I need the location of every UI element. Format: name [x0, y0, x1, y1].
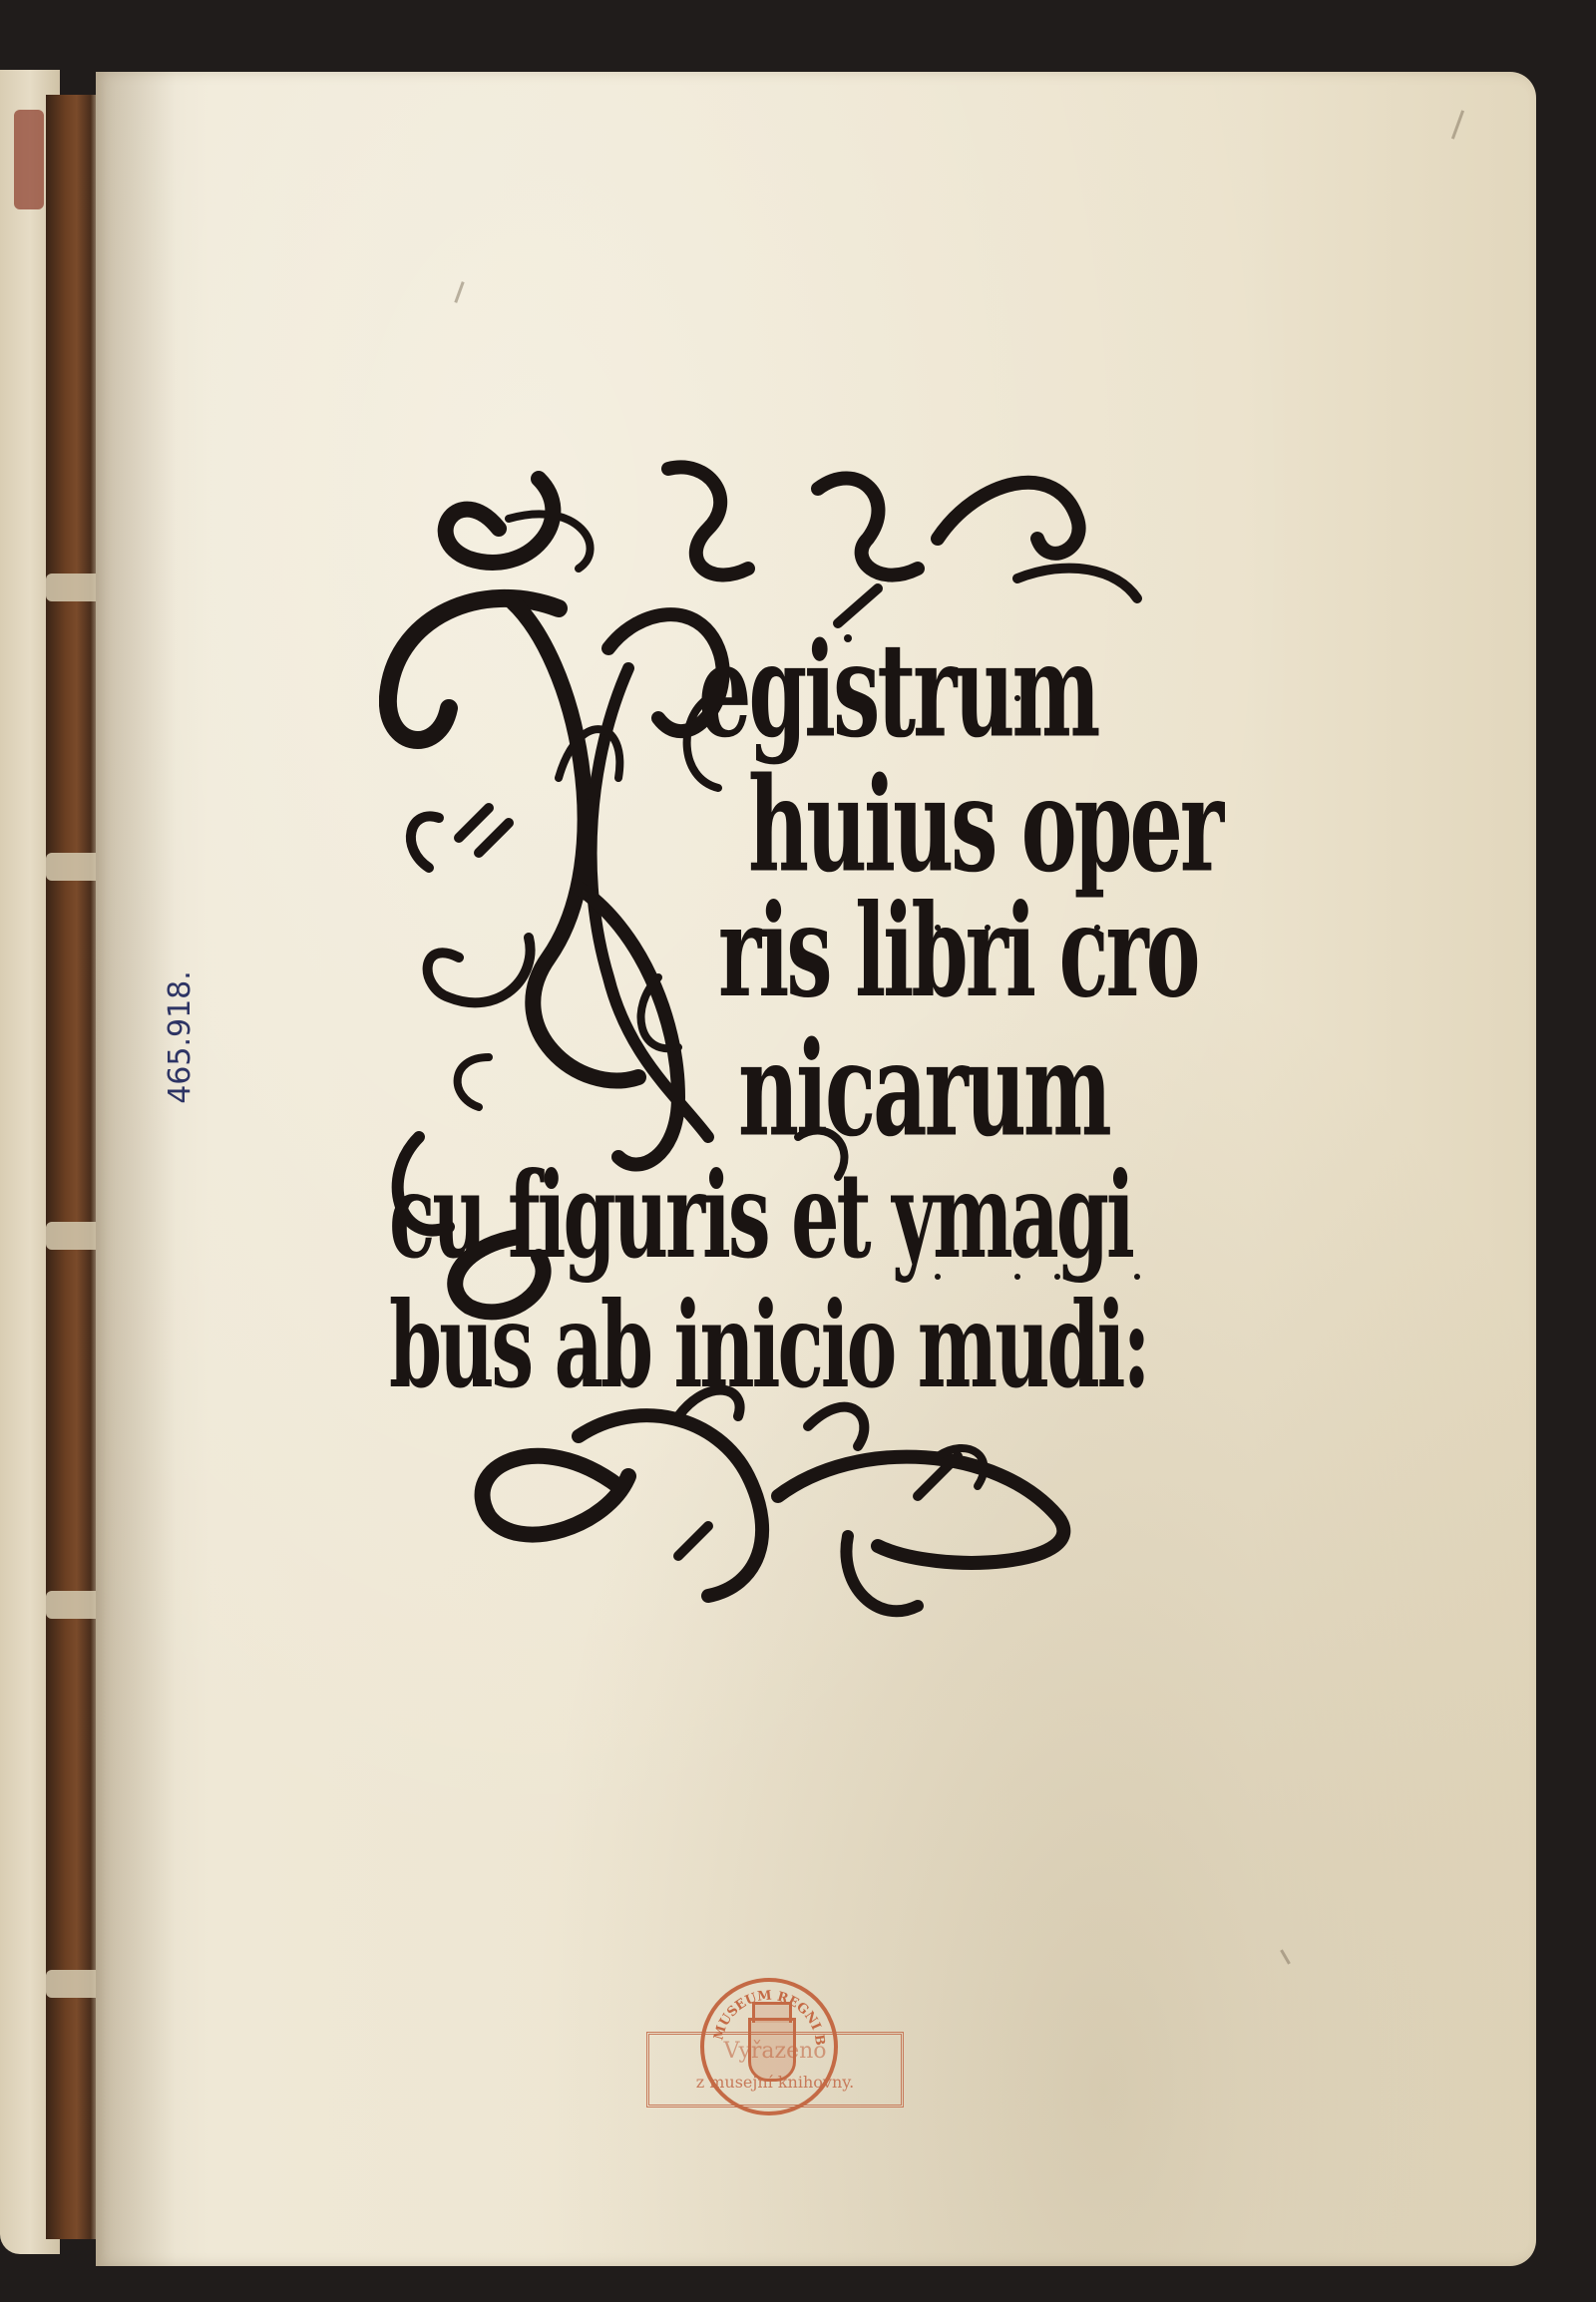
bohemian-lion-shield-icon: [748, 2018, 796, 2082]
shelfmark-note: 465.918.: [80, 1007, 279, 1067]
title-line-5: cu figuris et ymagi: [389, 1147, 1132, 1285]
title-line-1: egistrum: [698, 613, 1097, 766]
binding-cord: [46, 1970, 102, 1998]
book-spine: [46, 95, 102, 2239]
museum-seal-stamp: MUSEUM REGNI BOHEMIAE: [700, 1978, 838, 2115]
title-line-4: nicarum: [738, 1012, 1109, 1165]
gutter-shadow: [96, 72, 176, 2266]
binding-cord: [46, 1591, 102, 1619]
binding-cord: [46, 853, 102, 881]
title-line-6: bus ab inicio mudi:: [389, 1277, 1148, 1414]
binding-cord: [46, 1222, 102, 1250]
title-line-3: ris libri cro: [718, 878, 1197, 1026]
binding-cord: [46, 574, 102, 601]
title-woodcut: egistrum huius oper ris libri cro nicaru…: [379, 459, 1277, 1656]
red-leaf-edge: [14, 110, 44, 209]
